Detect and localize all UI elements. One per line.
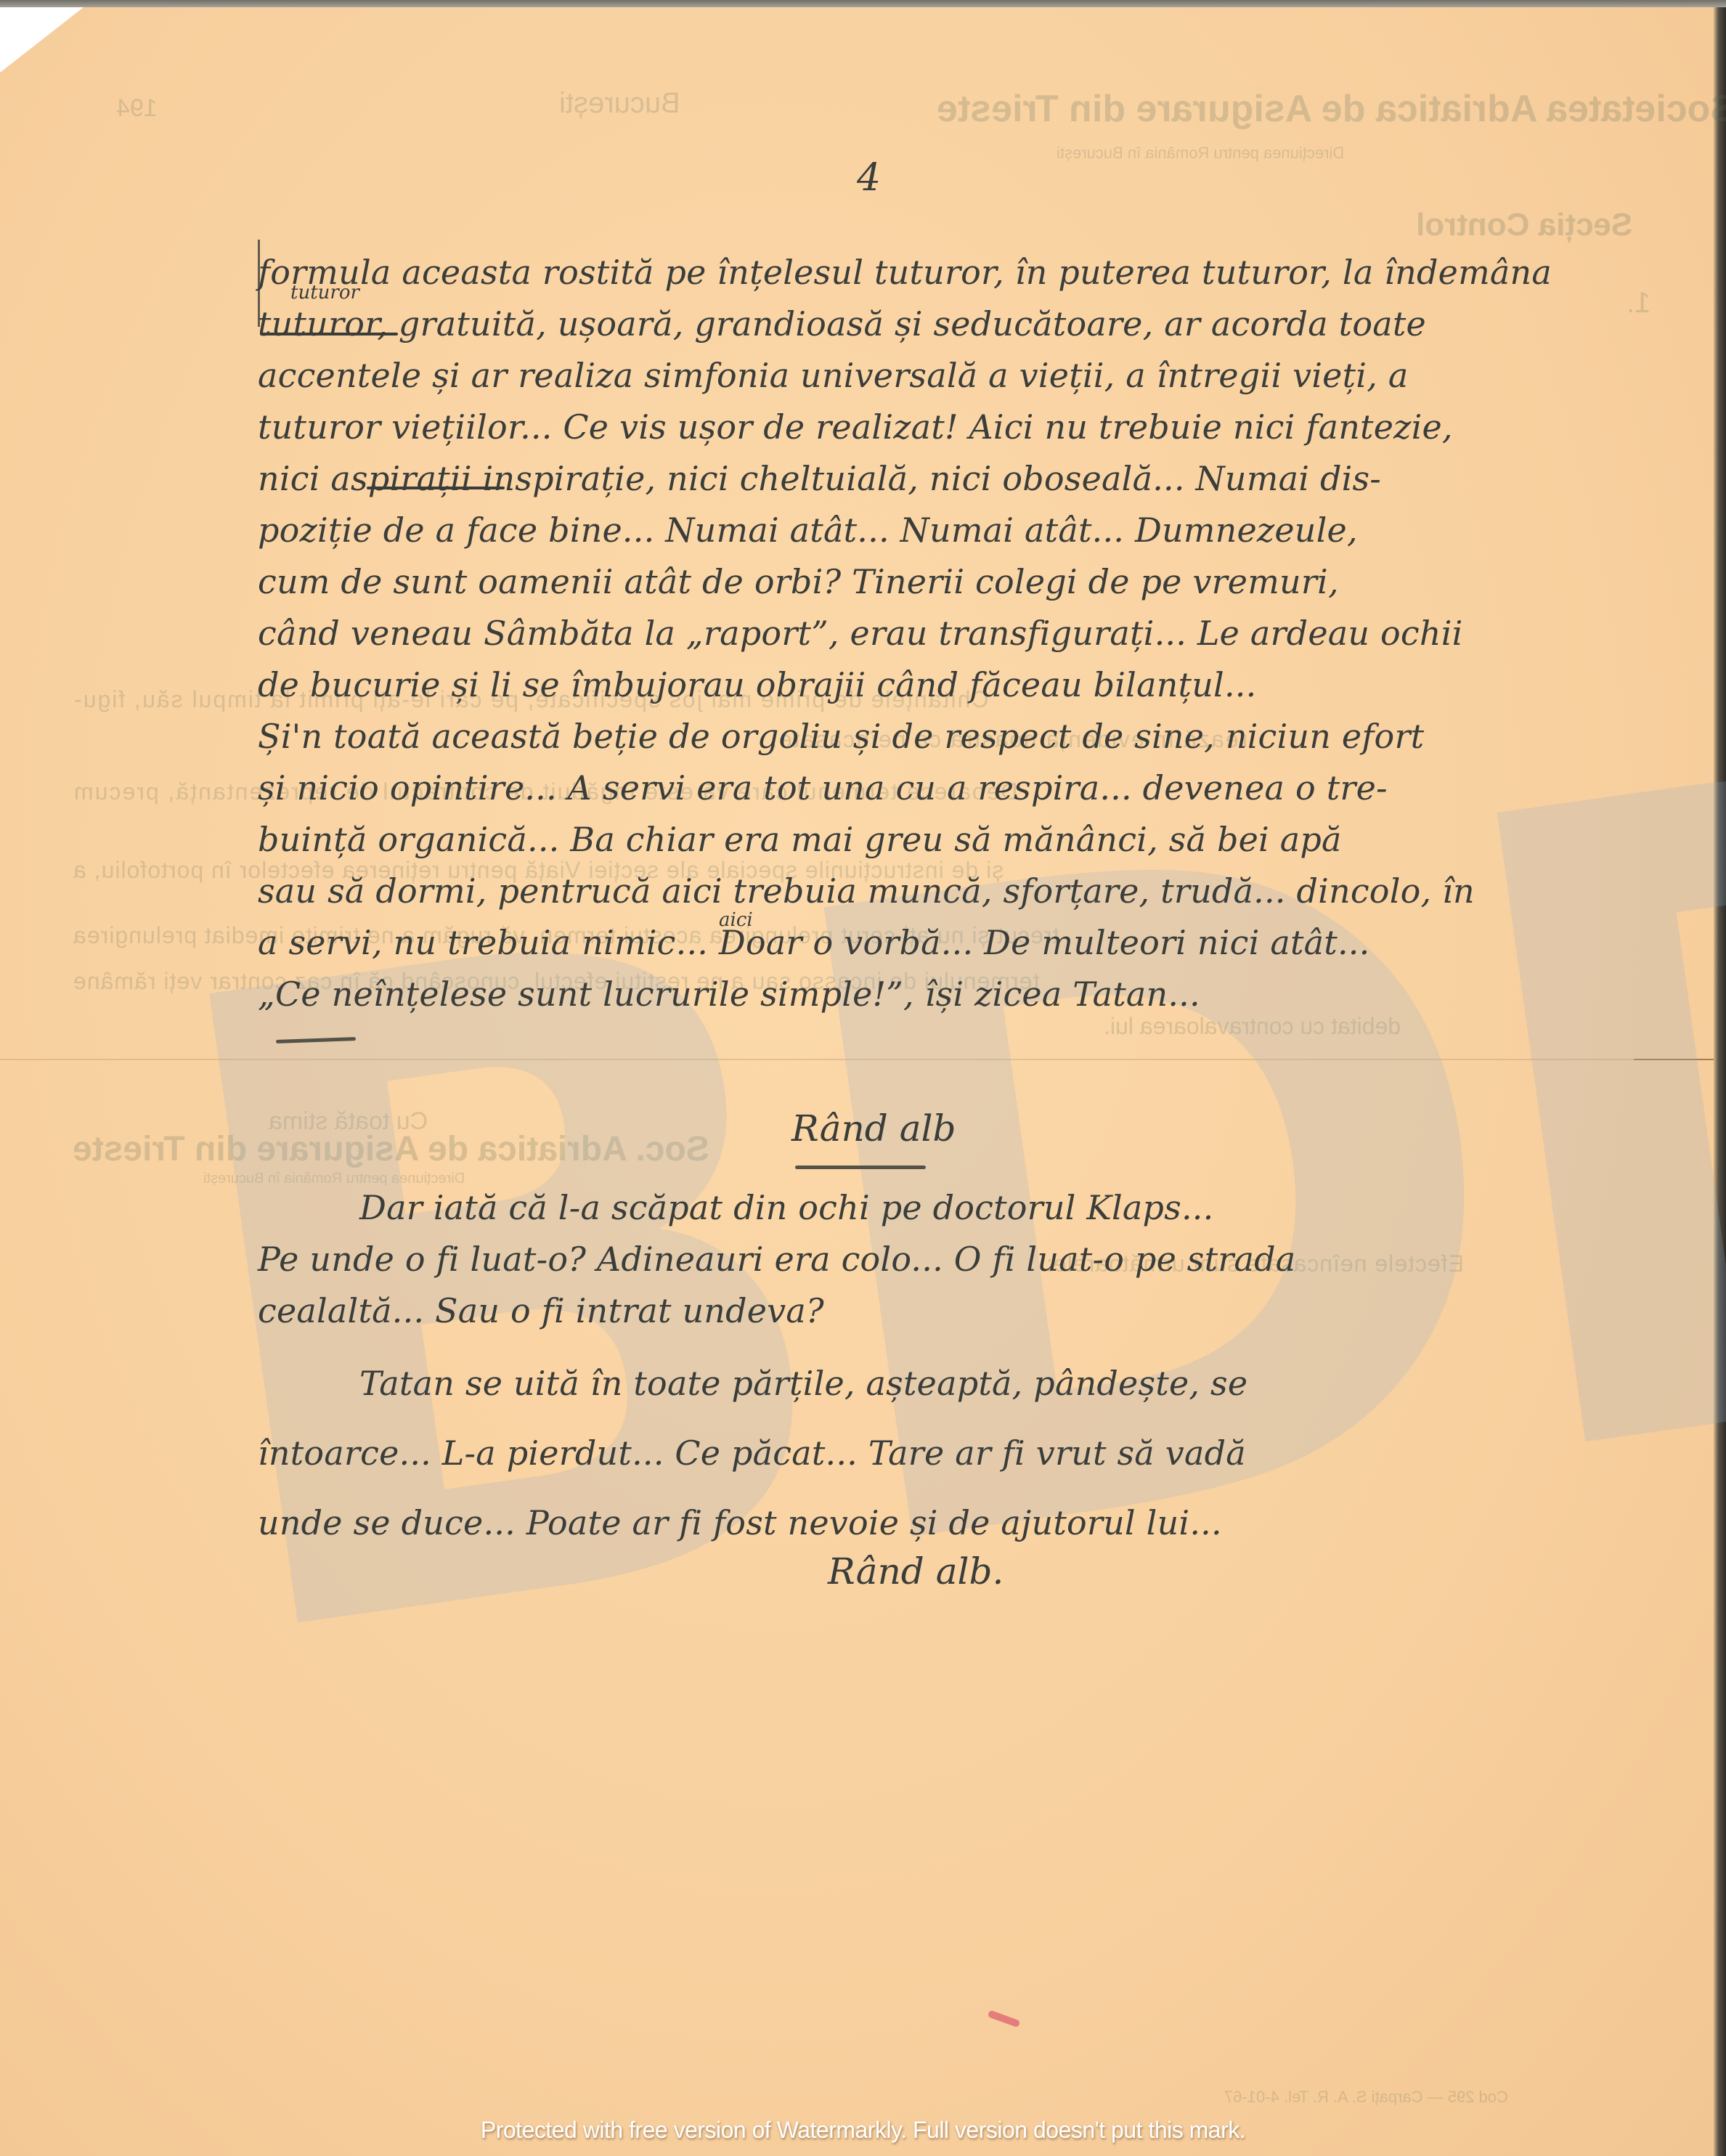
page-number: 4: [857, 156, 881, 200]
manuscript-line: a servi, nu trebuia nimic... Doar o vorb…: [258, 917, 1637, 969]
watermark-notice: Protected with free version of Watermark…: [0, 2117, 1726, 2144]
showthrough-city: București: [559, 87, 680, 120]
manuscript-line: și nicio opintire... A servi era tot una…: [258, 762, 1637, 814]
manuscript-line: Și'n toată această beție de orgoliu și d…: [258, 711, 1637, 762]
showthrough-year: 194: [116, 94, 158, 123]
manuscript-line: Dar iată că l-a scăpat din ochi pe docto…: [258, 1182, 1637, 1234]
manuscript-line: întoarce... L-a pierdut... Ce păcat... T…: [258, 1418, 1674, 1488]
manuscript-line: Tatan se uită în toate părțile, așteaptă…: [258, 1348, 1674, 1418]
showthrough-subtitle: Direcțiunea pentru România în București: [1057, 144, 1344, 163]
manuscript-line: tuturor viețiilor... Ce vis ușor de real…: [258, 402, 1637, 453]
showthrough-company-name: Societatea Adriatica de Asigurare din Tr…: [937, 87, 1726, 131]
manuscript-paragraph-2: Dar iată că l-a scăpat din ochi pe docto…: [258, 1182, 1637, 1337]
manuscript-line: unde se duce... Poate ar fi fost nevoie …: [258, 1488, 1674, 1558]
manuscript-line: cum de sunt oamenii atât de orbi? Tineri…: [258, 556, 1637, 608]
manuscript-line: buință organică... Ba chiar era mai greu…: [258, 814, 1637, 866]
manuscript-line: de bucurie și li se îmbujorau obrajii câ…: [258, 659, 1637, 711]
scanner-top-edge: [0, 0, 1726, 7]
manuscript-line: când veneau Sâmbăta la „raport”, erau tr…: [258, 608, 1637, 659]
manuscript-line: cealaltă... Sau o fi intrat undeva?: [258, 1285, 1637, 1337]
manuscript-line: accentele și ar realiza simfonia univers…: [258, 350, 1637, 402]
section-break-title: Rând alb: [791, 1107, 956, 1150]
manuscript-paragraph-3: Tatan se uită în toate părțile, așteaptă…: [258, 1348, 1674, 1558]
manuscript-line: sau să dormi, pentrucă aici trebuia munc…: [258, 866, 1637, 917]
manuscript-line: formula aceasta rostită pe înțelesul tut…: [258, 247, 1637, 298]
manuscript-body: formula aceasta rostită pe înțelesul tut…: [258, 247, 1637, 1020]
manuscript-line: Pe unde o fi luat-o? Adineauri era colo.…: [258, 1234, 1637, 1285]
section-title-underline: [795, 1166, 926, 1169]
manuscript-line: tuturor, gratuită, ușoară, grandioasă și…: [258, 298, 1637, 350]
showthrough-section: Secția Control: [1416, 207, 1632, 243]
showthrough-printer-line: Cod 295 — Carpați S. A. R. Tel. 4-01-67: [1224, 2088, 1508, 2107]
section-break-title: Rând alb.: [828, 1550, 1004, 1592]
manuscript-line: poziție de a face bine... Numai atât... …: [258, 505, 1637, 556]
manuscript-line: „Ce neînțelese sunt lucrurile simple!”, …: [258, 969, 1637, 1020]
manuscript-line: nici aspirații inspirație, nici cheltuia…: [258, 453, 1637, 505]
